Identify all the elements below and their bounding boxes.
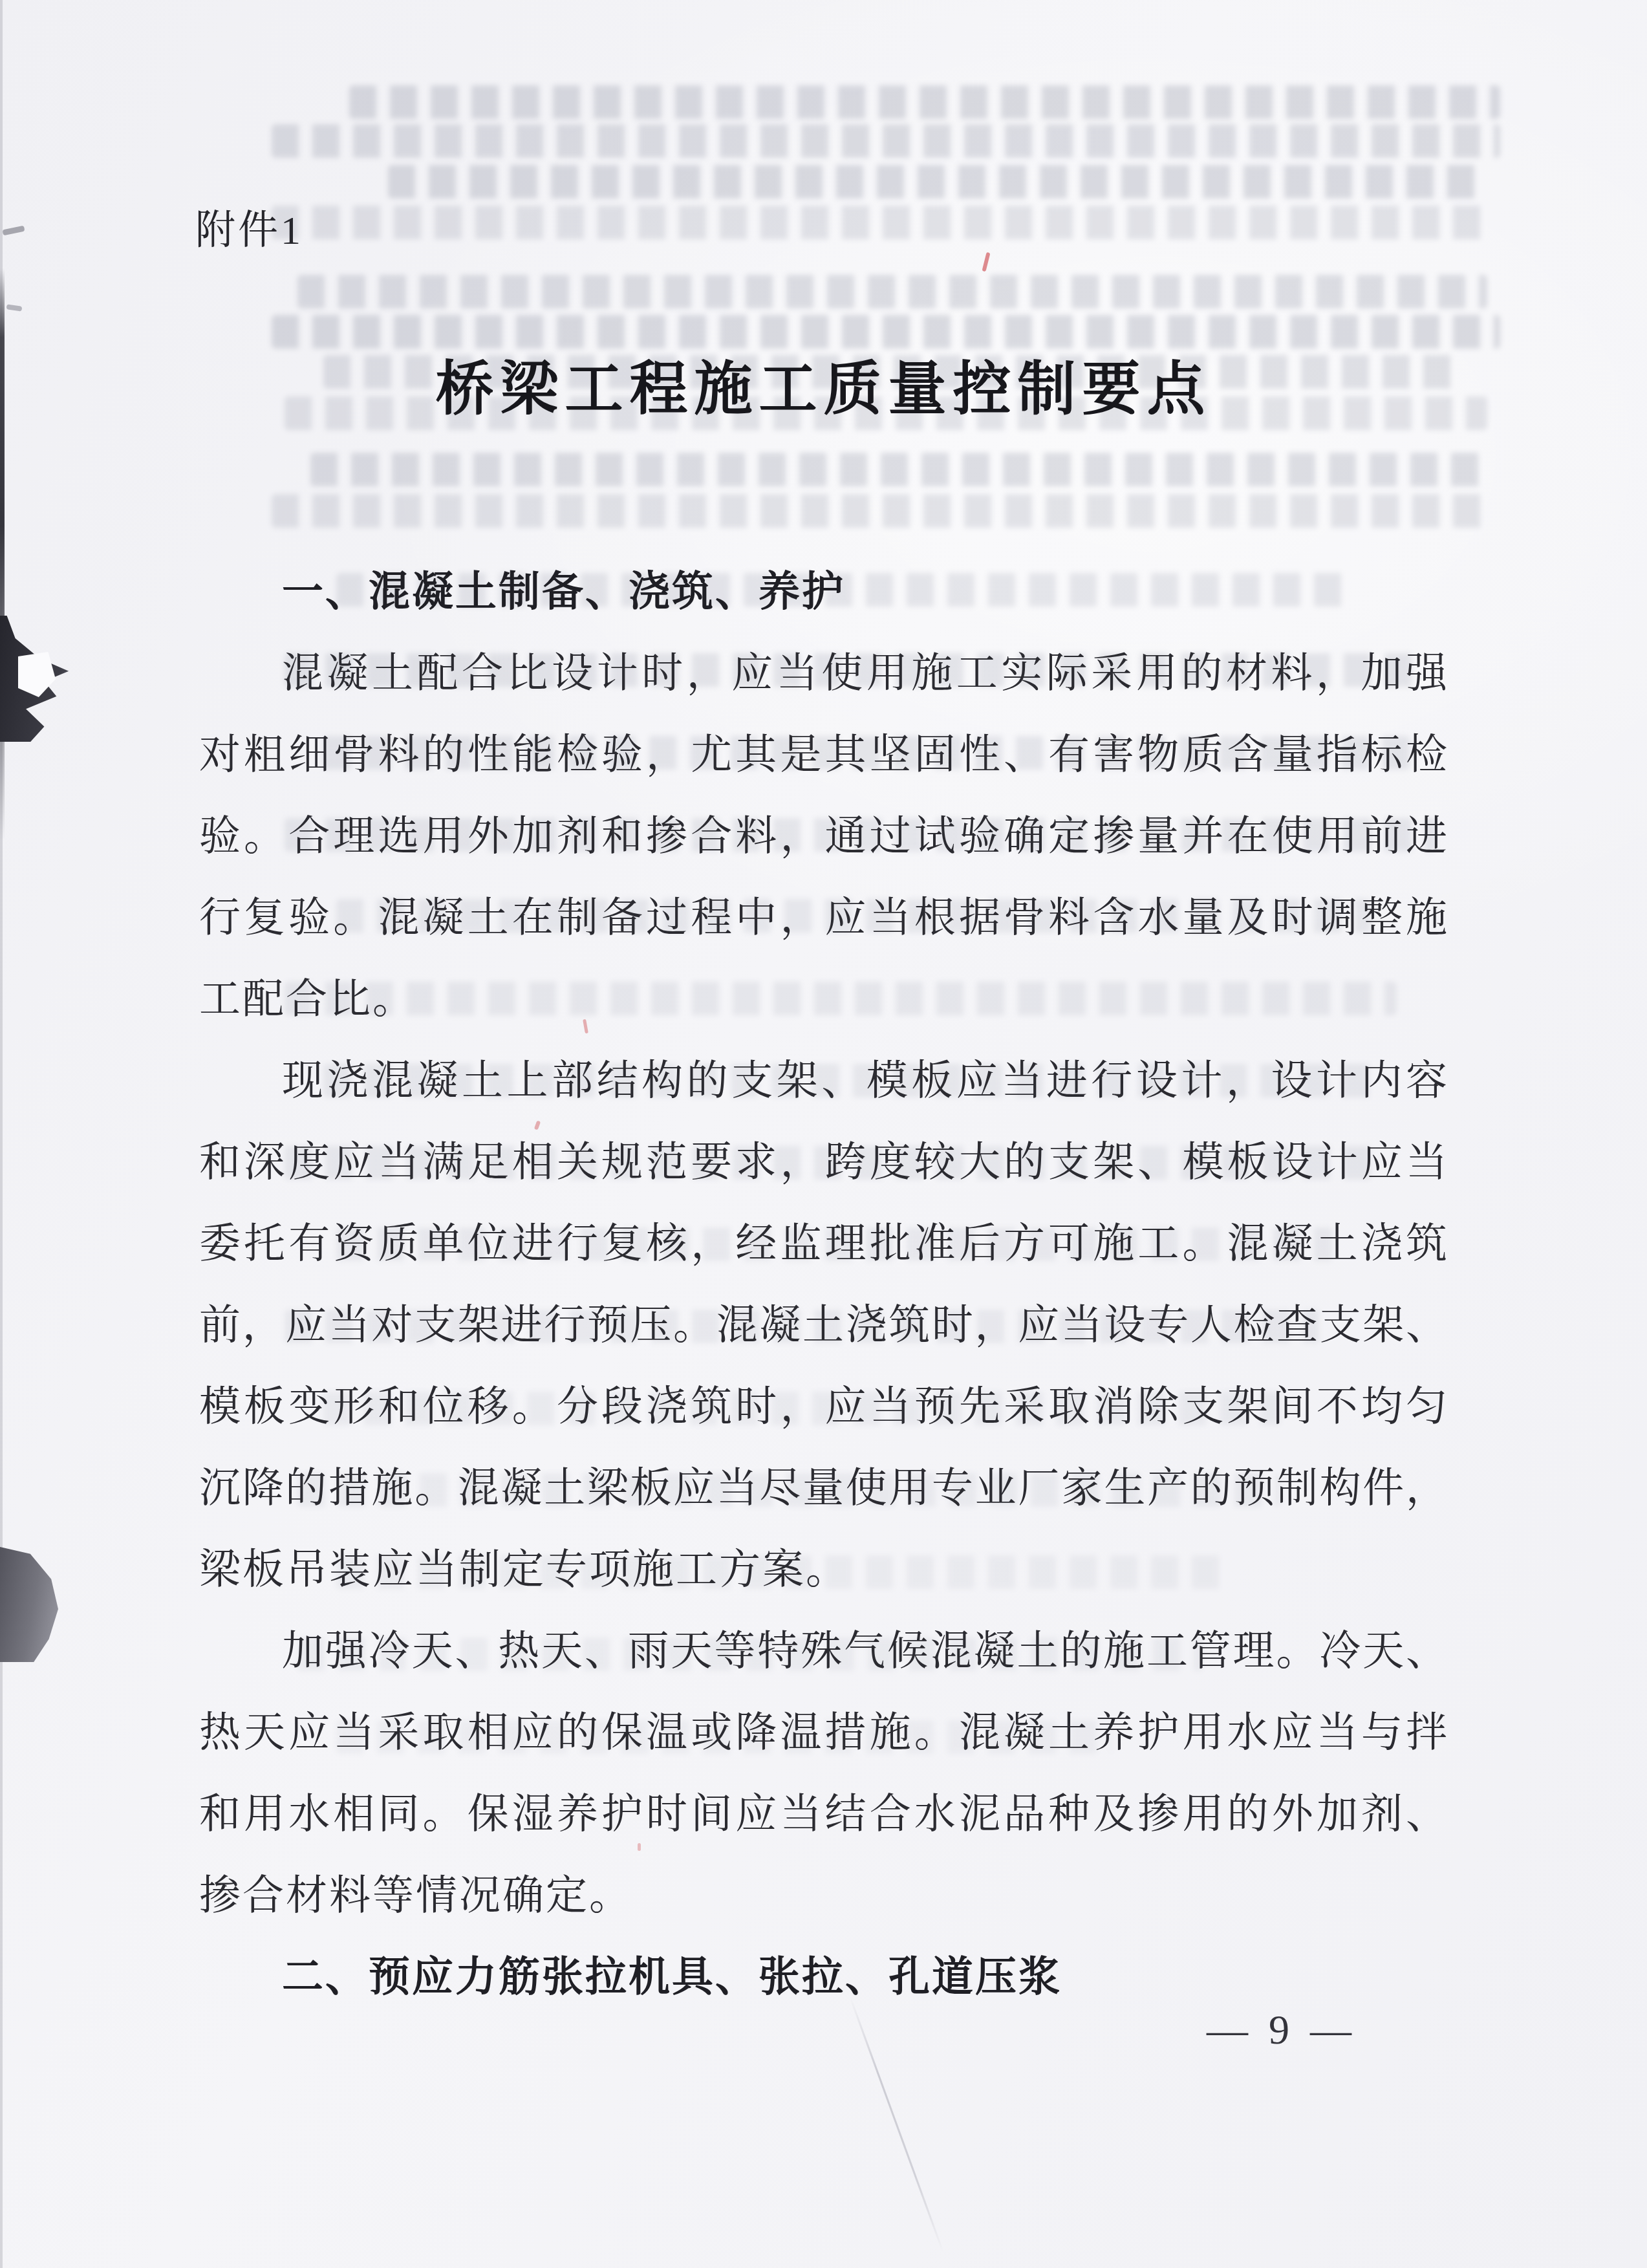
paragraph-3-line-3: 和用水相同。保湿养护时间应当结合水泥品种及掺用的外加剂、: [199, 1773, 1447, 1855]
document-title: 桥梁工程施工质量控制要点: [0, 341, 1647, 426]
paragraph-1-line-3: 验。合理选用外加剂和掺合料，通过试验确定掺量并在使用前进: [199, 795, 1447, 877]
scanned-document-page: 附件1 桥梁工程施工质量控制要点 一、混凝土制备、浇筑、养护 混凝土配合比设计时…: [0, 0, 1647, 2268]
bleed-through-row: [349, 85, 1500, 119]
attachment-label: 附件1: [195, 198, 303, 255]
bleed-through-row: [310, 453, 1487, 486]
bleed-through-row: [297, 275, 1487, 308]
paragraph-3-line-1: 加强冷天、热天、雨天等特殊气候混凝土的施工管理。冷天、: [199, 1610, 1447, 1692]
bleed-through-row: [272, 494, 1487, 528]
page-number: — 9 —: [1207, 2006, 1357, 2054]
paragraph-3-line-4: 掺合材料等情况确定。: [199, 1855, 1447, 1936]
section-1-heading: 一、混凝土制备、浇筑、养护: [199, 551, 1447, 632]
paragraph-1-line-4: 行复验。混凝土在制备过程中，应当根据骨料含水量及时调整施: [199, 877, 1447, 958]
paragraph-2-line-3: 委托有资质单位进行复核，经监理批准后方可施工。混凝土浇筑: [199, 1203, 1447, 1284]
document-body: 一、混凝土制备、浇筑、养护 混凝土配合比设计时，应当使用施工实际采用的材料，加强…: [199, 551, 1447, 2018]
scan-scratch-line: [849, 1996, 943, 2252]
paragraph-2-line-1: 现浇混凝土上部结构的支架、模板应当进行设计，设计内容: [199, 1040, 1447, 1121]
edge-smudge-mark: [2, 226, 25, 236]
paragraph-2-line-2: 和深度应当满足相关规范要求，跨度较大的支架、模板设计应当: [199, 1121, 1447, 1203]
paragraph-1-line-5: 工配合比。: [199, 958, 1447, 1040]
bleed-through-row: [272, 206, 1487, 239]
red-ink-speck: [982, 252, 990, 272]
paragraph-1-line-1: 混凝土配合比设计时，应当使用施工实际采用的材料，加强: [199, 632, 1447, 714]
bleed-through-row: [388, 165, 1487, 199]
binding-smudge: [0, 1547, 58, 1662]
paragraph-3-line-2: 热天应当采取相应的保温或降温措施。混凝土养护用水应当与拌: [199, 1692, 1447, 1773]
paragraph-2-line-4: 前，应当对支架进行预压。混凝土浇筑时，应当设专人检查支架、: [199, 1284, 1447, 1366]
bleed-through-row: [272, 124, 1500, 158]
paragraph-1-line-2: 对粗细骨料的性能检验，尤其是其坚固性、有害物质含量指标检: [199, 714, 1447, 795]
paragraph-2-line-7: 梁板吊装应当制定专项施工方案。: [199, 1529, 1447, 1610]
edge-smudge-mark: [6, 304, 23, 311]
paragraph-2-line-5: 模板变形和位移。分段浇筑时，应当预先采取消除支架间不均匀: [199, 1366, 1447, 1447]
paragraph-2-line-6: 沉降的措施。混凝土梁板应当尽量使用专业厂家生产的预制构件，: [199, 1447, 1447, 1529]
